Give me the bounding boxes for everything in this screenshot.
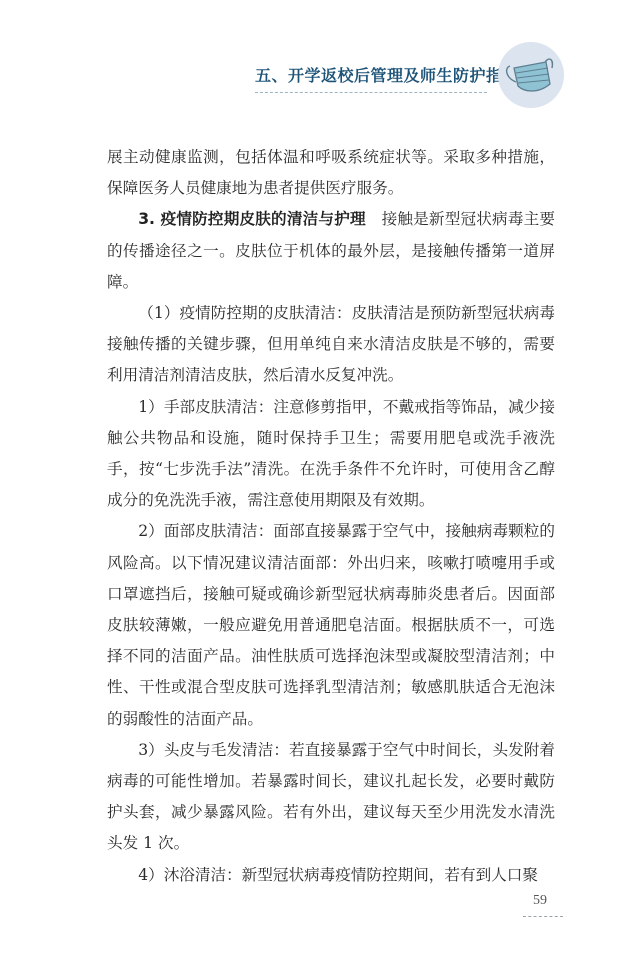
section-heading: 3. 疫情防控期皮肤的清洁与护理 xyxy=(138,210,366,228)
page-number-rule xyxy=(523,916,563,917)
section-3-paragraph: 3. 疫情防控期皮肤的清洁与护理 接触是新型冠状病毒主要的传播途径之一。皮肤位于… xyxy=(107,204,555,298)
paragraph-hand-cleaning: 1）手部皮肤清洁：注意修剪指甲，不戴戒指等饰品，减少接触公共物品和设施，随时保持… xyxy=(107,392,555,517)
paragraph-hair-cleaning: 3）头皮与毛发清洁：若直接暴露于空气中时间长，头发附着病毒的可能性增加。若暴露时… xyxy=(107,735,555,860)
paragraph-skin-cleaning: （1）疫情防控期的皮肤清洁：皮肤清洁是预防新型冠状病毒接触传播的关键步骤，但用单… xyxy=(107,298,555,392)
paragraph-face-cleaning: 2）面部皮肤清洁：面部直接暴露于空气中，接触病毒颗粒的风险高。以下情况建议清洁面… xyxy=(107,516,555,734)
section-spacer xyxy=(366,210,382,228)
running-header-title: 五、开学返校后管理及师生防护指引 xyxy=(255,63,519,86)
paragraph-bath-cleaning: 4）沐浴清洁：新型冠状病毒疫情防控期间，若有到人口聚 xyxy=(107,860,555,891)
face-mask-icon xyxy=(498,42,564,108)
page-number: 59 xyxy=(533,893,547,909)
paragraph-continuation: 展主动健康监测，包括体温和呼吸系统症状等。采取多种措施，保障医务人员健康地为患者… xyxy=(107,142,555,204)
header-dashed-rule xyxy=(255,92,487,93)
body-text: 展主动健康监测，包括体温和呼吸系统症状等。采取多种措施，保障医务人员健康地为患者… xyxy=(107,142,555,891)
